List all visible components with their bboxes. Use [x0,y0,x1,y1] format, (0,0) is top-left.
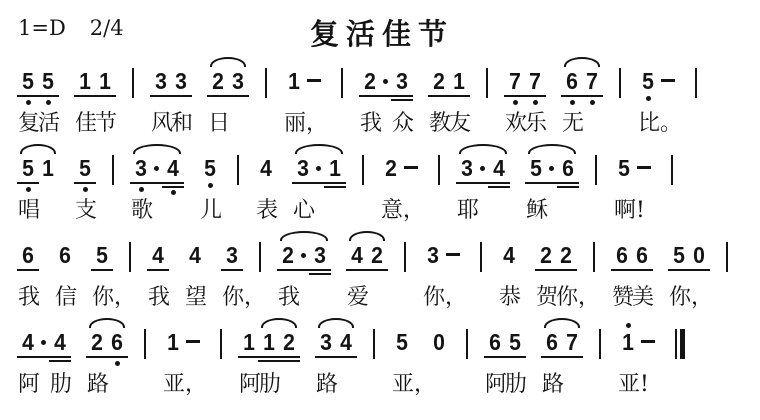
note: 7 [505,68,525,94]
note-column: 4恭 [499,230,519,311]
barline [486,68,488,98]
barline [671,155,673,185]
note: 3 [151,68,171,94]
notes-row: 5 [638,56,678,108]
lyrics-row: 阿肋 [239,371,299,398]
beam [484,356,526,358]
note-column: 112阿肋 [239,317,299,398]
slur-arc [564,57,600,67]
note-column: 66赞美 [612,230,652,311]
lyric-syllable: 信 [55,284,75,311]
note-digit: 7 [526,68,544,94]
barline [675,329,677,359]
note-column: 0 [429,317,449,371]
note-digit: 3 [223,242,241,268]
octave-dot-low [115,361,120,366]
dot-glyph [480,166,485,171]
notes-row: 31 [293,143,345,195]
note-digit: 3 [132,155,150,181]
note-column: 50你， [669,230,709,311]
lyrics-row: 爱 [347,284,387,311]
note-digit: 2 [280,329,298,355]
note: 2 [208,68,228,94]
beam [147,269,169,271]
lyric-syllable: 路 [542,371,562,398]
barline [695,68,697,98]
lyrics-row: 我众 [360,110,412,137]
lyrics-row: 你， [423,284,463,311]
note-digit: 5 [670,242,688,268]
notes-row: 23 [208,56,248,108]
notes-row: 50 [669,230,709,282]
barline [341,68,343,98]
note-digit: 1 [76,68,94,94]
lyric-syllable: 恭 [499,284,519,311]
note: 3 [457,155,477,181]
barline [466,329,468,359]
notes-row: 5 [200,143,220,195]
note-digit: 2 [382,155,400,181]
lyrics-row: 唱 [18,197,58,224]
augmentation-dot [313,155,325,181]
note-digit: 1 [240,329,258,355]
score-lines: 55复活11佳节33风和23日1丽，23我众21教友77欢乐67无5比。51唱5… [16,56,748,398]
barline [680,329,685,359]
augmentation-dot [477,155,489,181]
lyric-syllable: 肋 [50,371,70,398]
lyric-syllable: 教 [429,110,449,137]
lyric-syllable [634,197,654,224]
notes-row: 23 [278,230,330,282]
score-line: 51唱5支34歌5儿4表31心2意，34耶56稣5啊! [16,143,748,224]
lyric-syllable: 亚! [618,371,638,398]
note-digit: 6 [486,329,504,355]
note-digit: 3 [317,329,335,355]
beam [456,182,510,184]
slur-arc [528,144,576,154]
beam [541,356,583,358]
note: 3 [131,155,151,181]
notes-row: 5 [75,143,95,195]
dot-glyph [154,166,159,171]
lyric-spacer [380,110,392,137]
note: 2 [381,155,401,181]
lyric-syllable: 复 [18,110,38,137]
lyric-syllable: 美 [632,284,652,311]
lyric-syllable: 欢 [505,110,525,137]
note-column: 11佳节 [75,56,115,137]
notes-row: 56 [526,143,578,195]
note-digit: 0 [690,242,708,268]
notes-row: 51 [18,143,58,195]
note: 5 [92,242,112,268]
note-digit: 4 [51,329,69,355]
note-column: 33风和 [151,56,191,137]
page-title: 复活佳节 [16,8,748,53]
note-digit: 3 [393,68,411,94]
note-column: 5比。 [638,56,678,137]
note-column: 67无 [562,56,602,137]
notes-row: 2 [381,143,421,195]
beam [391,99,413,101]
barline [362,155,364,185]
lyric-spacer [151,197,163,224]
note-column: 34路 [316,317,356,398]
notes-row: 34 [131,143,183,195]
notes-row: 4 [185,230,205,282]
note-digit: 1 [96,68,114,94]
barline [404,242,406,272]
note-column: 1丽， [284,56,324,137]
note-column: 31心 [293,143,345,224]
lyrics-row: 阿肋 [18,371,70,398]
note-digit: 1 [39,155,57,181]
lyrics-row: 我 [148,284,168,311]
note: 4 [148,242,168,268]
note: 1 [618,329,638,355]
note: 6 [485,329,505,355]
note: 1 [449,68,469,94]
lyric-syllable: 歌 [131,197,151,224]
note-digit: 2 [279,242,297,268]
beam [561,95,603,97]
note: 5 [392,329,412,355]
note-digit: 6 [543,329,561,355]
note-digit: 5 [639,68,657,94]
lyric-syllable [38,197,58,224]
note: 1 [239,329,259,355]
octave-dot-low [83,187,88,192]
beam [535,269,577,271]
note-column: 5支 [75,143,95,224]
lyrics-row: 我 [18,284,38,311]
octave-dot-low [513,100,518,105]
augmentation-dot [546,155,558,181]
lyric-syllable [183,371,203,398]
octave-dot-low [26,187,31,192]
lyric-syllable: 你， [92,284,112,311]
lyric-syllable: 日 [208,110,228,137]
note-digit: 3 [458,155,476,181]
beam [221,269,243,271]
lyrics-row: 赞美 [612,284,652,311]
notes-row: 6 [18,230,38,282]
lyrics-row: 亚， [392,371,412,398]
note: 3 [316,329,336,355]
beam [324,186,346,188]
lyric-syllable: 亚， [163,371,183,398]
lyric-syllable [228,110,248,137]
notes-row: 3 [222,230,242,282]
beam [428,95,470,97]
lyrics-row: 稣 [526,197,578,224]
sheet-music-page: 1=D 2/4 复活佳节 55复活11佳节33风和23日1丽，23我众21教友7… [0,0,760,420]
lyric-syllable: 亚， [392,371,412,398]
octave-dot-low [26,100,31,105]
note: 5 [505,329,525,355]
note-digit: 4 [257,155,275,181]
lyric-syllable: 活 [38,110,58,137]
notes-row: 77 [505,56,545,108]
note-column: 4我 [148,230,168,311]
slur-arc [280,231,328,241]
lyric-syllable: 路 [316,371,336,398]
barline [373,329,375,359]
slur-arc [295,144,343,154]
note-digit: 1 [164,329,182,355]
beam [49,360,71,362]
lyric-syllable: 你， [423,284,443,311]
lyrics-row: 望 [185,284,205,311]
lyric-syllable: 儿 [200,197,220,224]
note: 1 [95,68,115,94]
note-column: 51唱 [18,143,58,224]
dot-glyph [383,79,388,84]
lyric-syllable: 路 [87,371,107,398]
note-digit: 2 [430,68,448,94]
note: 7 [562,329,582,355]
note-column: 1亚， [163,317,203,398]
beam [17,356,71,358]
note-column: 67路 [542,317,582,398]
beam [74,95,116,97]
lyrics-row: 路 [542,371,582,398]
lyric-syllable: 赞 [612,284,632,311]
lyric-syllable: 友 [449,110,469,137]
note: 2 [556,242,576,268]
duration-dash [634,155,654,181]
lyrics-row: 支 [75,197,95,224]
note-column: 23我众 [360,56,412,137]
augmentation-dot [380,68,392,94]
note-digit: 4 [164,155,182,181]
note-column: 34耶 [457,143,509,224]
notes-row: 23 [360,56,412,108]
lyric-syllable: 你， [556,284,576,311]
octave-dot-low [590,100,595,105]
slur-arc [459,144,507,154]
lyric-syllable [279,371,299,398]
note-digit: 5 [76,155,94,181]
note: 6 [107,329,127,355]
note-column: 21教友 [429,56,469,137]
note-digit: 5 [93,242,111,268]
note: 4 [499,242,519,268]
beam [130,182,184,184]
slur-arc [349,231,385,241]
rest-note: 0 [689,242,709,268]
duration-dash [401,155,421,181]
note: 1 [259,329,279,355]
notes-row: 11 [75,56,115,108]
barline [112,155,114,185]
lyrics-row: 啊! [614,197,654,224]
beam [17,95,59,97]
score-line: 44阿肋26路1亚，112阿肋34路5亚，065阿肋67路1亚! [16,317,748,398]
notes-row: 67 [542,317,582,369]
note-digit: 2 [368,242,386,268]
lyric-syllable: 阿 [485,371,505,398]
note: 7 [525,68,545,94]
note: 2 [278,242,298,268]
note-column: 26路 [87,317,127,398]
note: 2 [360,68,380,94]
rest-note: 0 [429,329,449,355]
notes-row: 66 [612,230,652,282]
augmentation-dot [298,242,310,268]
lyric-spacer [298,284,310,311]
notes-row: 5 [614,143,654,195]
duration-dash [443,242,463,268]
lyrics-row: 风和 [151,110,191,137]
notes-row: 112 [239,317,299,369]
octave-dot-low [570,100,575,105]
slur-arc [261,318,297,328]
slur-arc [544,318,580,328]
lyric-syllable: 丽， [284,110,304,137]
slur-arc [20,144,56,154]
note: 3 [171,68,191,94]
note: 3 [310,242,330,268]
octave-dot-low [533,100,538,105]
note: 6 [562,68,582,94]
notes-row: 33 [151,56,191,108]
note-digit: 4 [149,242,167,268]
lyric-syllable [336,371,356,398]
lyrics-row: 日 [208,110,248,137]
lyric-syllable [325,197,345,224]
dot-glyph [41,340,46,345]
notes-row: 55 [18,56,58,108]
beam [91,269,113,271]
duration-dash [658,68,678,94]
note: 2 [536,242,556,268]
lyric-syllable [401,197,421,224]
lyric-syllable: 佳 [75,110,95,137]
note-column: 65阿肋 [485,317,525,398]
lyric-spacer [477,197,489,224]
note-digit: 5 [19,68,37,94]
notes-row: 65 [485,317,525,369]
note-digit: 3 [152,68,170,94]
augmentation-dot [151,155,163,181]
note-digit: 3 [424,242,442,268]
note-digit: 6 [633,242,651,268]
note: 2 [367,242,387,268]
dot-glyph [549,166,554,171]
lyric-syllable: 肋 [259,371,279,398]
lyric-syllable [310,284,330,311]
duration-dash [638,329,658,355]
lyric-syllable: 我 [360,110,380,137]
lyric-syllable [558,197,578,224]
note: 2 [279,329,299,355]
barline [220,329,222,359]
note-digit: 6 [19,242,37,268]
notes-row: 21 [429,56,469,108]
dash-line [404,166,418,169]
note-digit: 5 [615,155,633,181]
barline [259,242,261,272]
lyrics-row: 你， [669,284,709,311]
lyric-syllable: 你， [669,284,689,311]
lyric-syllable: 众 [392,110,412,137]
barline [619,68,621,98]
lyric-syllable: 唱 [18,197,38,224]
lyric-syllable: 节 [95,110,115,137]
note-digit: 1 [285,68,303,94]
slur-arc [133,144,181,154]
lyric-syllable: 你， [222,284,242,311]
barline [593,242,595,272]
note-column: 3你， [222,230,242,311]
notes-row: 3 [423,230,463,282]
beam [525,182,579,184]
beam [292,182,346,184]
lyrics-row: 亚， [163,371,203,398]
lyric-spacer [313,197,325,224]
note-digit: 4 [500,242,518,268]
note: 4 [185,242,205,268]
note-column: 23日 [208,56,248,137]
beam [74,182,96,184]
note-column: 42爱 [347,230,387,311]
lyrics-row: 心 [293,197,345,224]
note: 3 [293,155,313,181]
note-digit: 7 [506,68,524,94]
note: 4 [50,329,70,355]
octave-dot-low [139,187,144,192]
octave-dot-low [46,100,51,105]
note-digit: 5 [39,68,57,94]
lyrics-row: 亚! [618,371,658,398]
note: 5 [18,68,38,94]
note-digit: 4 [19,329,37,355]
note-digit: 4 [186,242,204,268]
lyrics-row: 阿肋 [485,371,525,398]
lyric-syllable: 表 [256,197,276,224]
beam [557,186,579,188]
lyrics-row: 表 [256,197,276,224]
note: 4 [347,242,367,268]
note-digit: 5 [19,155,37,181]
note-digit: 7 [583,68,601,94]
notes-row: 4 [499,230,519,282]
lyric-syllable: 风 [151,110,171,137]
barline [144,329,146,359]
note: 5 [526,155,546,181]
notes-row: 22 [536,230,576,282]
lyrics-row: 儿 [200,197,220,224]
note: 5 [638,68,658,94]
note: 4 [256,155,276,181]
note-digit: 1 [260,329,278,355]
notes-row: 34 [316,317,356,369]
dash-line [446,253,460,256]
note: 6 [558,155,578,181]
lyric-syllable: 阿 [18,371,38,398]
lyrics-row: 贺你， [536,284,576,311]
note: 1 [284,68,304,94]
lyrics-row: 比。 [638,110,678,137]
lyric-syllable: 比。 [638,110,658,137]
note: 6 [55,242,75,268]
note: 4 [336,329,356,355]
lyric-syllable [443,284,463,311]
lyrics-row: 路 [316,371,356,398]
lyric-syllable [658,110,678,137]
notes-row: 34 [457,143,509,195]
